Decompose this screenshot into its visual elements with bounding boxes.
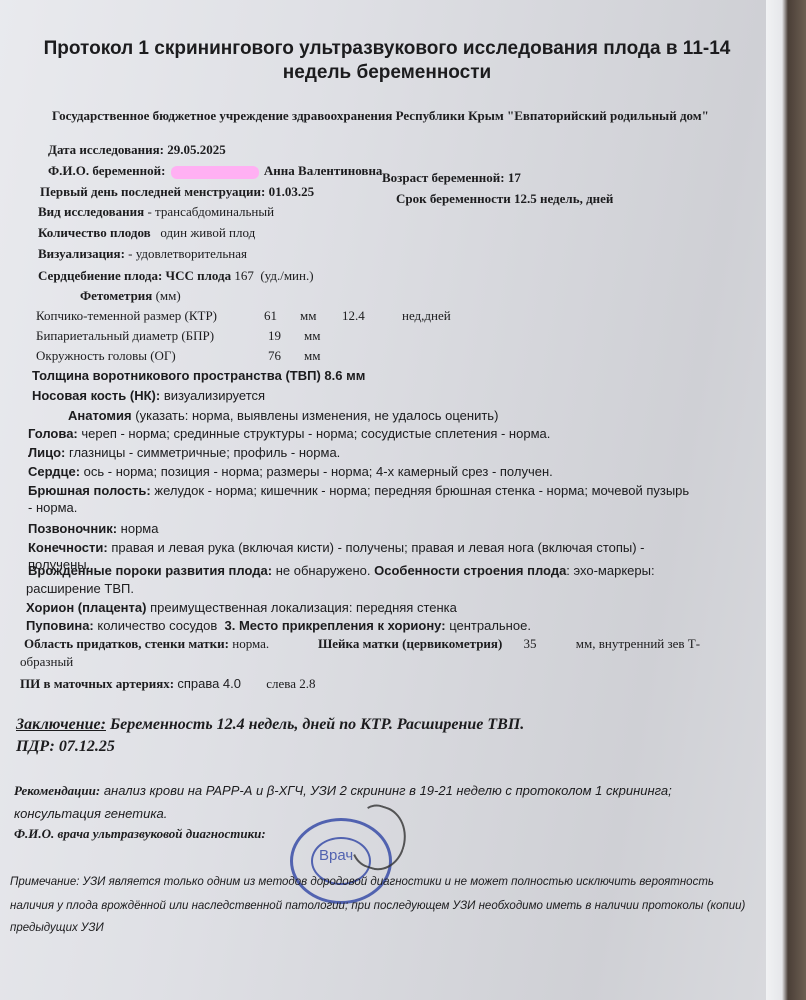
- chorion-label: Хорион (плацента): [26, 600, 146, 615]
- pi-label: ПИ в маточных артериях:: [20, 676, 174, 691]
- exam-type-value: - трансабдоминальный: [147, 204, 274, 219]
- recommendations-label: Рекомендации:: [14, 783, 100, 798]
- background-table-edge: [766, 0, 806, 1000]
- anatomy-item-text: глазницы - симметричные; профиль - норма…: [69, 445, 340, 460]
- visualization-value: - удовлетворительная: [128, 246, 247, 261]
- heartbeat-row: Сердцебиение плода: ЧСС плода 167 (уд./м…: [38, 268, 314, 284]
- patient-age-row: Возраст беременной: 17: [382, 170, 521, 186]
- nt-value: 8.6: [324, 368, 342, 383]
- lmp-row: Первый день последней менструации: 01.03…: [40, 184, 314, 200]
- anatomy-item-label: Голова:: [28, 426, 78, 441]
- fetometry-value: 76: [268, 348, 281, 364]
- chorion-row: Хорион (плацента) преимущественная локал…: [26, 600, 457, 615]
- cord-attach-value: центральное.: [449, 618, 531, 633]
- malformations-row: Врожденные пороки развития плода: не обн…: [28, 563, 655, 578]
- patient-name-value: Анна Валентиновна: [264, 163, 383, 178]
- term-row: Срок беременности 12.5 недель, дней: [396, 191, 613, 207]
- nt-row: Толщина воротникового пространства (ТВП)…: [32, 368, 365, 383]
- uterine-pi-row: ПИ в маточных артериях: справа 4.0 слева…: [20, 676, 316, 692]
- nasal-bone-label: Носовая кость (НК):: [32, 388, 160, 403]
- anatomy-item-label: Сердце:: [28, 464, 80, 479]
- fetometry-label: Окружность головы (ОГ): [36, 348, 176, 364]
- cervix-unit: мм, внутренний зев Т-: [576, 636, 700, 651]
- stamp-word: Врач: [319, 847, 353, 864]
- nt-unit: мм: [346, 368, 365, 383]
- anatomy-header: Анатомия (указать: норма, выявлены измен…: [68, 408, 498, 423]
- cervix-label: Шейка матки (цервикометрия): [318, 636, 502, 651]
- pi-left: слева 2.8: [266, 676, 315, 691]
- anatomy-item: Лицо: глазницы - симметричные; профиль -…: [28, 445, 340, 460]
- anatomy-item-text: норма: [121, 521, 159, 536]
- heart-rate-value: 167: [234, 268, 254, 283]
- exam-type-row: Вид исследования - трансабдоминальный: [38, 204, 274, 220]
- edd-value: 07.12.25: [59, 738, 115, 755]
- term-unit: недель, дней: [540, 191, 613, 206]
- anatomy-item: Позвоночник: норма: [28, 521, 158, 536]
- patient-age-label: Возраст беременной:: [382, 170, 505, 185]
- doctor-label: Ф.И.О. врача ультразвуковой диагностики:: [14, 826, 266, 842]
- pi-right: справа 4.0: [177, 676, 241, 691]
- visualization-row: Визуализация: - удовлетворительная: [38, 246, 247, 262]
- anatomy-item-label: Конечности:: [28, 540, 108, 555]
- exam-date-label: Дата исследования:: [48, 142, 164, 157]
- features-value-line2: расширение ТВП.: [26, 581, 134, 596]
- fetometry-weeks-unit: нед,дней: [402, 308, 451, 324]
- organization-name: Государственное бюджетное учреждение здр…: [52, 108, 709, 124]
- adnexa-label: Область придатков, стенки матки:: [24, 636, 229, 651]
- nt-label: Толщина воротникового пространства (ТВП): [32, 368, 321, 383]
- anatomy-item-text: ось - норма; позиция - норма; размеры - …: [84, 464, 553, 479]
- exam-date-value: 29.05.2025: [167, 142, 226, 157]
- patient-name-label: Ф.И.О. беременной:: [48, 163, 165, 178]
- features-label: Особенности строения плода: [374, 563, 566, 578]
- anatomy-item-text: правая и левая рука (включая кисти) - по…: [111, 540, 644, 555]
- features-value: : эхо-маркеры:: [566, 563, 654, 578]
- fetometry-title: Фетометрия: [80, 288, 152, 303]
- anatomy-item: Голова: череп - норма; срединные структу…: [28, 426, 550, 441]
- cervix-unit-line2: образный: [20, 654, 73, 670]
- anatomy-item-text: череп - норма; срединные структуры - нор…: [81, 426, 550, 441]
- fetometry-label: Копчико-теменной размер (КТР): [36, 308, 217, 324]
- edd-label: ПДР:: [16, 738, 55, 755]
- umbilical-cord-row: Пуповина: количество сосудов 3. Место пр…: [26, 618, 531, 633]
- anatomy-note: (указать: норма, выявлены изменения, не …: [135, 408, 498, 423]
- nasal-bone-value: визуализируется: [164, 388, 265, 403]
- fetus-count-row: Количество плодов один живой плод: [38, 225, 255, 241]
- note-line2: наличия у плода врождённой или наследств…: [10, 900, 745, 912]
- fetometry-label: Бипариетальный диаметр (БПР): [36, 328, 214, 344]
- fetometry-unit: мм: [300, 308, 316, 324]
- fetometry-unit: мм: [304, 348, 320, 364]
- anatomy-item: Сердце: ось - норма; позиция - норма; ра…: [28, 464, 553, 479]
- term-value: 12.5: [514, 191, 537, 206]
- cervix-value: 35: [524, 636, 537, 651]
- cervix-row: Шейка матки (цервикометрия) 35 мм, внутр…: [318, 636, 700, 652]
- anatomy-item-label: Лицо:: [28, 445, 65, 460]
- recommendations-text: анализ крови на РАРР-А и β-ХГЧ, УЗИ 2 ск…: [104, 783, 672, 798]
- anatomy-item: Брюшная полость: желудок - норма; кишечн…: [28, 483, 689, 498]
- lmp-label: Первый день последней менструации:: [40, 184, 265, 199]
- malformations-label: Врожденные пороки развития плода:: [28, 563, 272, 578]
- anatomy-item: Конечности: правая и левая рука (включая…: [28, 540, 645, 555]
- heartbeat-label: Сердцебиение плода: ЧСС плода: [38, 268, 231, 283]
- visualization-label: Визуализация:: [38, 246, 125, 261]
- cord-value: количество сосудов: [97, 618, 217, 633]
- fetometry-value: 61: [264, 308, 277, 324]
- cord-label: Пуповина:: [26, 618, 94, 633]
- anatomy-item-label: Брюшная полость:: [28, 483, 151, 498]
- note-line1: Примечание: УЗИ является только одним из…: [10, 876, 714, 888]
- recommendations-line2: консультация генетика.: [14, 806, 167, 821]
- malformations-value: не обнаружено.: [276, 563, 371, 578]
- fetometry-unit: (мм): [156, 288, 181, 303]
- conclusion-text: Беременность 12.4 недель, дней по КТР. Р…: [110, 716, 524, 733]
- cord-attach-label: Место прикрепления к хориону:: [239, 618, 446, 633]
- fetometry-header: Фетометрия (мм): [80, 288, 181, 304]
- fetus-count-value: один живой плод: [160, 225, 255, 240]
- fetometry-weeks: 12.4: [342, 308, 365, 324]
- anatomy-item-text-continued: - норма.: [28, 500, 77, 515]
- anatomy-item-label: Позвоночник:: [28, 521, 117, 536]
- document-title-line2: недель беременности: [0, 62, 782, 84]
- edd-row: ПДР: 07.12.25: [16, 738, 115, 756]
- anatomy-item-text: желудок - норма; кишечник - норма; перед…: [154, 483, 689, 498]
- adnexa-row: Область придатков, стенки матки: норма.: [24, 636, 269, 652]
- fetus-count-label: Количество плодов: [38, 225, 151, 240]
- recommendations-row: Рекомендации: анализ крови на РАРР-А и β…: [14, 783, 672, 799]
- heart-rate-unit: (уд./мин.): [260, 268, 313, 283]
- fetometry-value: 19: [268, 328, 281, 344]
- nasal-bone-row: Носовая кость (НК): визуализируется: [32, 388, 265, 403]
- fetometry-unit: мм: [304, 328, 320, 344]
- term-label: Срок беременности: [396, 191, 511, 206]
- document-title-line1: Протокол 1 скринингового ультразвукового…: [0, 38, 782, 60]
- note-line3: предыдущих УЗИ: [10, 922, 104, 934]
- patient-age-value: 17: [508, 170, 521, 185]
- document-sheet: Протокол 1 скринингового ультразвукового…: [0, 0, 782, 1000]
- lmp-value: 01.03.25: [269, 184, 315, 199]
- redacted-surname: [171, 166, 259, 179]
- conclusion-row: Заключение: Беременность 12.4 недель, дн…: [16, 716, 524, 734]
- adnexa-value: норма.: [232, 636, 269, 651]
- exam-type-label: Вид исследования: [38, 204, 144, 219]
- cord-vessels: 3.: [224, 618, 235, 633]
- conclusion-label: Заключение:: [16, 716, 106, 733]
- anatomy-title: Анатомия: [68, 408, 132, 423]
- chorion-value: преимущественная локализация: передняя с…: [150, 600, 457, 615]
- patient-name-row: Ф.И.О. беременной: Анна Валентиновна: [48, 163, 382, 179]
- exam-date-row: Дата исследования: 29.05.2025: [48, 142, 226, 158]
